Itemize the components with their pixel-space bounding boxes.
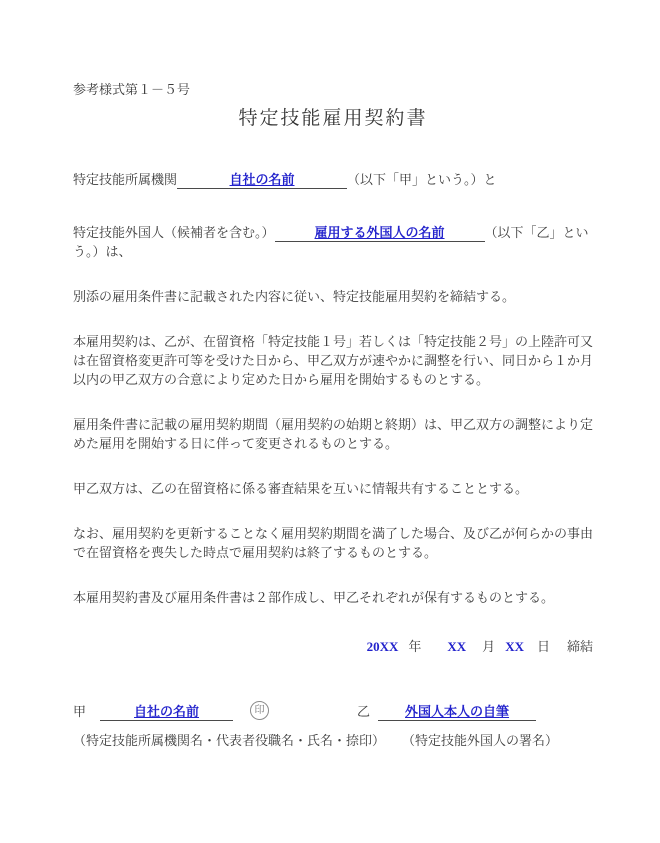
signature-captions: （特定技能所属機関名・代表者役職名・氏名・捺印） （特定技能外国人の署名）	[73, 731, 593, 750]
signature-row: 甲 自社の名前 印 乙 外国人本人の自筆	[73, 701, 593, 721]
clause-5: なお、雇用契約を更新することなく雇用契約期間を満了した場合、及び乙が何らかの事由…	[73, 524, 593, 562]
party-b-caption: （特定技能外国人の署名）	[402, 731, 558, 750]
party-a-signature-field: 自社の名前	[100, 702, 233, 721]
contract-day-value: XX	[505, 637, 524, 656]
party-a-suffix: （以下「甲」という。）と	[347, 172, 497, 187]
seal-character: 印	[255, 706, 265, 716]
party-a-signature-value: 自社の名前	[134, 704, 199, 719]
party-b-signature-value: 外国人本人の自筆	[405, 704, 509, 719]
clause-3: 雇用条件書に記載の雇用契約期間（雇用契約の始期と終期）は、甲乙双方の調整により定…	[73, 415, 593, 453]
contract-month-value: XX	[447, 637, 466, 656]
party-a-sign-label: 甲	[73, 702, 86, 721]
party-b-signature-field: 外国人本人の自筆	[378, 702, 536, 721]
company-name-value: 自社の名前	[230, 172, 295, 187]
foreigner-name-field: 雇用する外国人の名前	[275, 223, 485, 242]
clause-4: 甲乙双方は、乙の在留資格に係る審査結果を互いに情報共有することとする。	[73, 479, 593, 498]
day-unit-label: 日	[537, 637, 550, 656]
party-b-prefix: 特定技能外国人（候補者を含む。）	[73, 225, 275, 240]
year-unit-label: 年	[408, 637, 421, 656]
party-b-sign-label: 乙	[357, 702, 370, 721]
month-unit-label: 月	[482, 637, 495, 656]
contract-page: 参考様式第１－５号 特定技能雇用契約書 特定技能所属機関自社の名前（以下「甲」と…	[0, 0, 660, 843]
page-title: 特定技能雇用契約書	[73, 106, 593, 132]
clause-2: 本雇用契約は、乙が、在留資格「特定技能１号」若しくは「特定技能２号」の上陸許可又…	[73, 332, 593, 389]
contract-content: 参考様式第１－５号 特定技能雇用契約書 特定技能所属機関自社の名前（以下「甲」と…	[73, 80, 593, 750]
clause-1: 別添の雇用条件書に記載された内容に従い、特定技能雇用契約を締結する。	[73, 287, 593, 306]
conclusion-label: 締結	[567, 637, 593, 656]
foreigner-name-value: 雇用する外国人の名前	[315, 225, 445, 240]
contract-year-value: 20XX	[367, 637, 399, 656]
company-name-field: 自社の名前	[177, 170, 347, 189]
party-b-line: 特定技能外国人（候補者を含む。）雇用する外国人の名前（以下「乙」という。）は、	[73, 223, 593, 261]
seal-icon: 印	[250, 701, 269, 720]
conclusion-date-line: 20XX 年 XX 月 XX 日 締結	[73, 637, 593, 656]
clause-6: 本雇用契約書及び雇用条件書は２部作成し、甲乙それぞれが保有するものとする。	[73, 588, 593, 607]
party-a-caption: （特定技能所属機関名・代表者役職名・氏名・捺印）	[73, 731, 385, 750]
party-a-line: 特定技能所属機関自社の名前（以下「甲」という。）と	[73, 170, 593, 189]
form-number: 参考様式第１－５号	[73, 80, 593, 99]
party-a-prefix: 特定技能所属機関	[73, 172, 177, 187]
